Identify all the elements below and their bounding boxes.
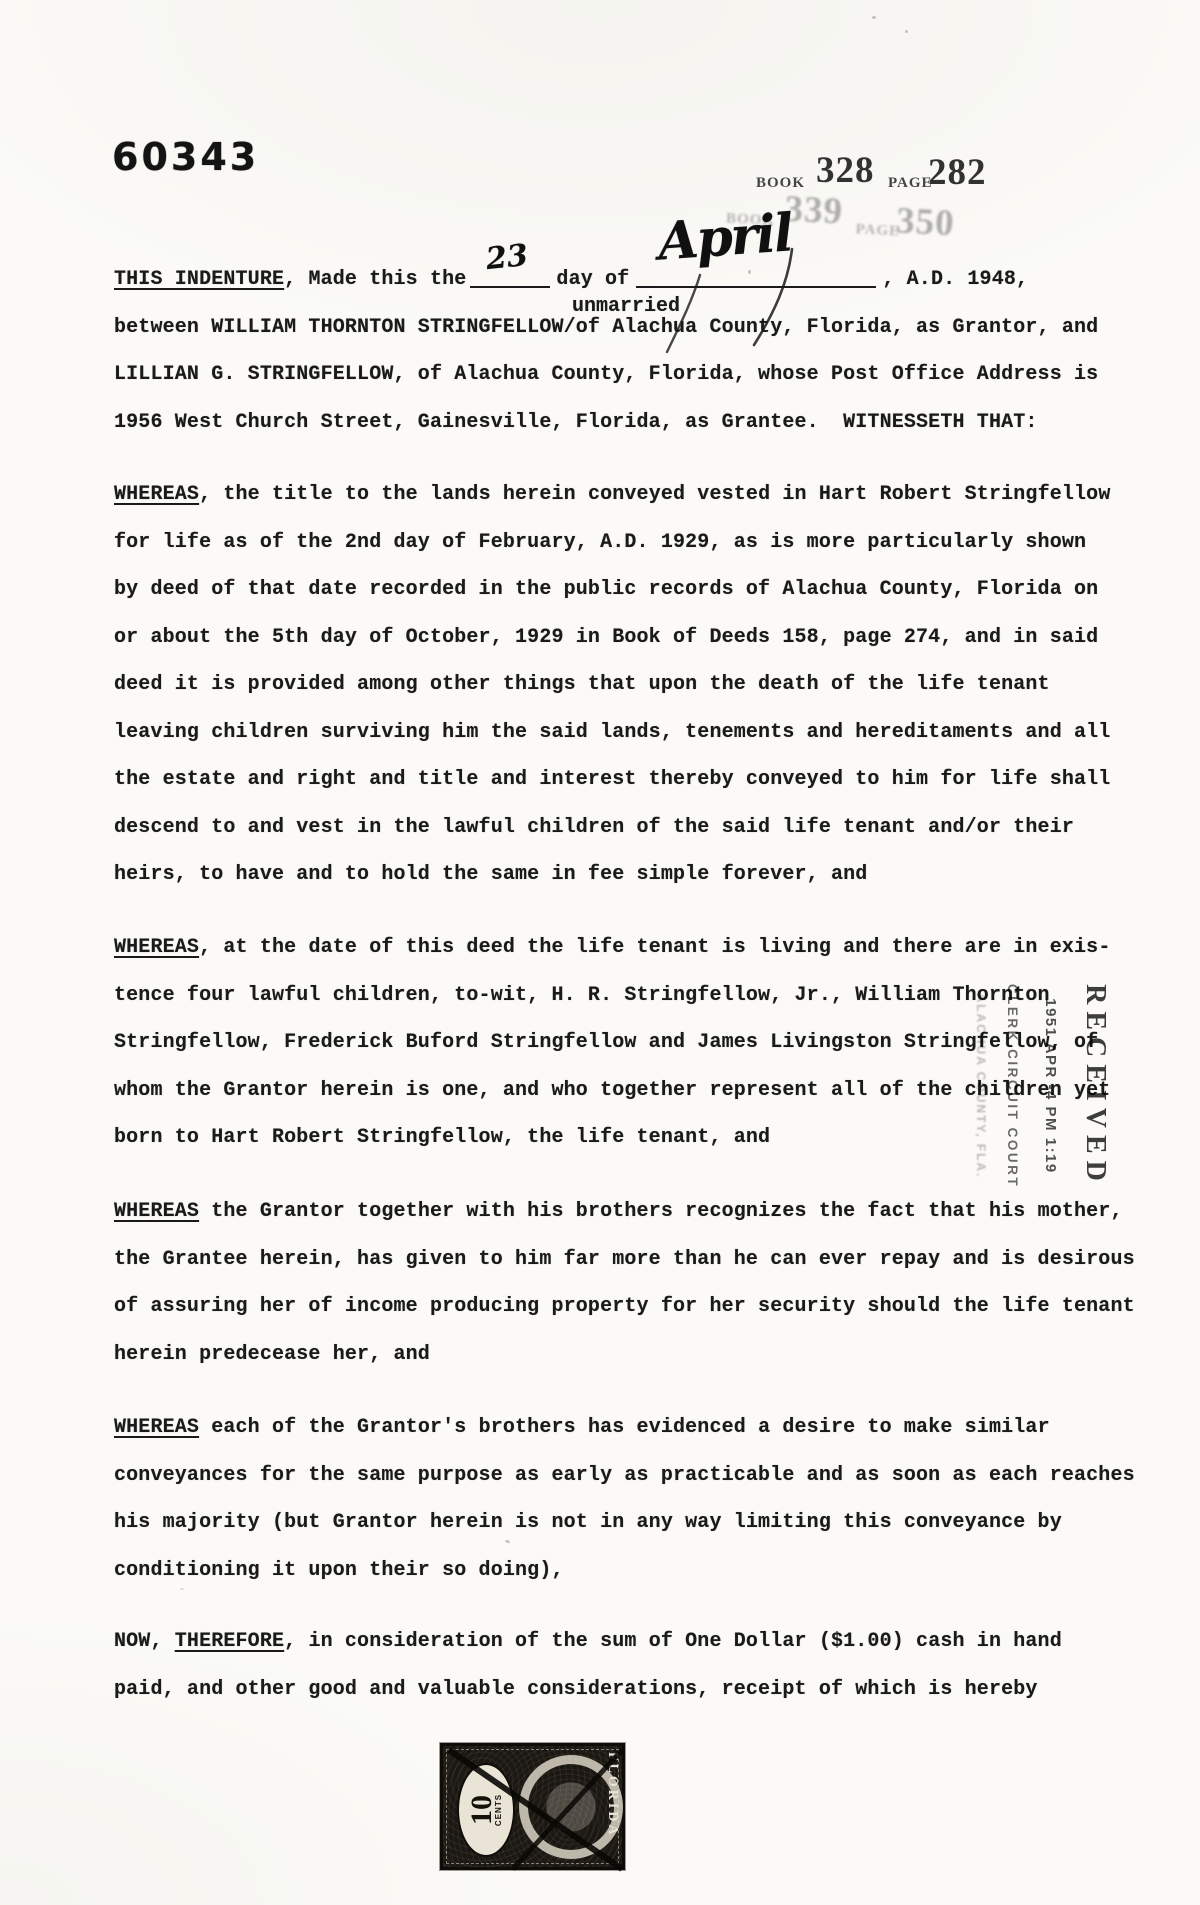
handwritten-day: 23 (484, 232, 531, 284)
line-text: , the title to the lands herein conveyed… (199, 483, 1110, 506)
lead-words: THIS INDENTURE (114, 268, 284, 291)
page-number: 282 (928, 154, 987, 191)
book-number: 328 (816, 152, 875, 189)
deed-line: NOW, THEREFORE, in consideration of the … (114, 1618, 1062, 1666)
lead-words: WHEREAS (114, 1200, 199, 1223)
deed-line: the estate and right and title and inter… (114, 756, 1110, 804)
day-blank: 23 (470, 266, 550, 288)
deed-line: WHEREAS each of the Grantor's brothers h… (114, 1404, 1135, 1452)
line-text: , in consideration of the sum of One Dol… (284, 1630, 1062, 1653)
line-text: NOW, (114, 1630, 175, 1653)
deed-line: the Grantee herein, has given to him far… (114, 1236, 1135, 1284)
deed-line: by deed of that date recorded in the pub… (114, 566, 1110, 614)
deed-line: leaving children surviving him the said … (114, 709, 1110, 757)
paragraph-whereas-brothers: WHEREAS each of the Grantor's brothers h… (114, 1404, 1135, 1594)
received-stamp-datetime: 1951 APR -4 PM 1:19 (1041, 960, 1060, 1212)
lead-words: THEREFORE (175, 1630, 284, 1653)
deed-line: for life as of the 2nd day of February, … (114, 519, 1110, 567)
deed-line: herein predecease her, and (114, 1331, 1135, 1379)
paragraph-whereas-mother: WHEREAS the Grantor together with his br… (114, 1188, 1135, 1378)
ink-flourish (540, 225, 860, 370)
paper-speck (180, 1588, 184, 1590)
line-text: , Made this the (284, 268, 466, 291)
page-number-faded: 350 (895, 202, 955, 242)
paragraph-whereas-title: WHEREAS, the title to the lands herein c… (114, 471, 1110, 899)
deed-line: descend to and vest in the lawful childr… (114, 804, 1110, 852)
deed-line: paid, and other good and valuable consid… (114, 1666, 1062, 1714)
lead-words: WHEREAS (114, 936, 199, 959)
received-stamp: RECEIVED 1951 APR -4 PM 1:19 CLERK CIRCU… (938, 960, 1116, 1212)
lead-words: WHEREAS (114, 483, 199, 506)
documentary-tax-stamp: 10 CENTS FLORIDA (440, 1743, 625, 1870)
deed-line: of assuring her of income producing prop… (114, 1283, 1135, 1331)
paragraph-now-therefore: NOW, THEREFORE, in consideration of the … (114, 1618, 1062, 1713)
page-label: PAGE (888, 176, 933, 191)
lead-words: WHEREAS (114, 1416, 199, 1439)
line-text: , at the date of this deed the life tena… (199, 936, 1110, 959)
scanned-deed-page: 60343 BOOK 328 PAGE 282 BOOK 339 PAGE 35… (0, 0, 1200, 1905)
received-stamp-county: ALACHUA COUNTY, FLA. (973, 960, 988, 1212)
page-label-faded: PAGE (855, 222, 900, 239)
received-stamp-title: RECEIVED (1078, 960, 1112, 1212)
deed-line: conveyances for the same purpose as earl… (114, 1452, 1135, 1500)
document-number: 60343 (112, 138, 259, 176)
deed-line: deed it is provided among other things t… (114, 661, 1110, 709)
deed-line: heirs, to have and to hold the same in f… (114, 851, 1110, 899)
deed-line: 1956 West Church Street, Gainesville, Fl… (114, 399, 1098, 447)
line-text: each of the Grantor's brothers has evide… (199, 1416, 1050, 1439)
cancellation-x (443, 1746, 628, 1873)
deed-line: conditioning it upon their so doing), (114, 1547, 1135, 1595)
received-stamp-content: RECEIVED 1951 APR -4 PM 1:19 CLERK CIRCU… (938, 960, 1116, 1212)
deed-line: or about the 5th day of October, 1929 in… (114, 614, 1110, 662)
deed-line: his majority (but Grantor herein is not … (114, 1499, 1135, 1547)
line-text: , A.D. 1948, (882, 268, 1028, 291)
paper-speck (872, 16, 876, 19)
deed-line: WHEREAS, the title to the lands herein c… (114, 471, 1110, 519)
paper-speck (905, 30, 908, 33)
received-stamp-office: CLERK CIRCUIT COURT (1004, 960, 1021, 1212)
